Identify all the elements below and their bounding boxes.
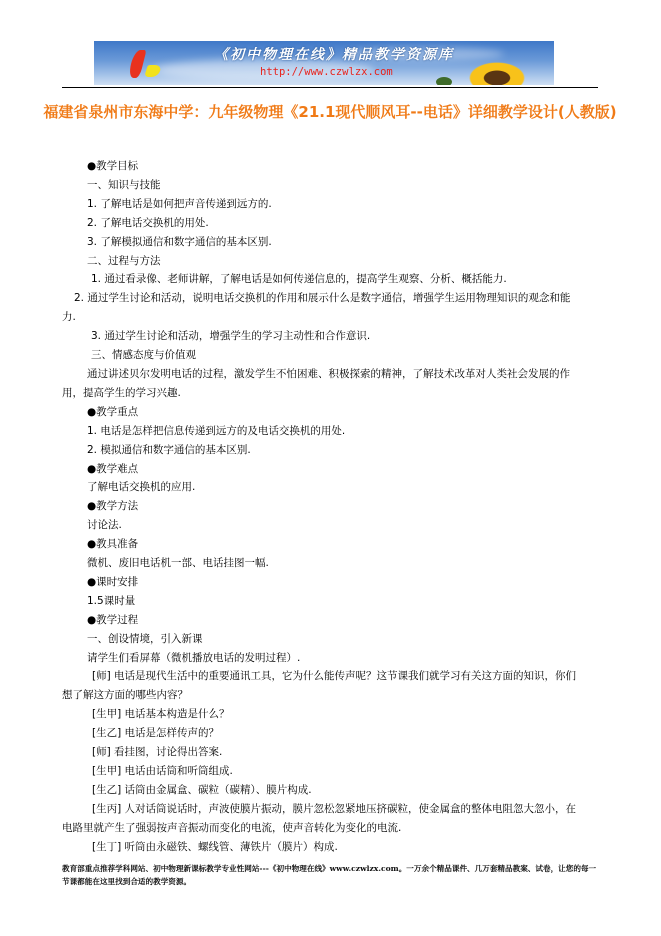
dialogue-line: [师] 电话是现代生活中的重要通讯工具，它为什么能传声呢？这节课我们就学习有关这… <box>62 667 584 705</box>
section-heading: ●教学过程 <box>62 611 584 630</box>
paragraph: 请学生们看屏幕（微机播放电话的发明过程）. <box>62 649 584 668</box>
section-heading: ●教学难点 <box>62 460 584 479</box>
banner-url: http://www.czwlzx.com <box>260 66 393 78</box>
dialogue-line: [生丁] 听筒由永磁铁、螺线管、薄铁片（膜片）构成. <box>62 838 584 857</box>
section-heading: ●教具准备 <box>62 535 584 554</box>
paragraph: 1.5课时量 <box>62 592 584 611</box>
dialogue-line: [生甲] 电话由话筒和听筒组成. <box>62 762 584 781</box>
document-title: 福建省泉州市东海中学：九年级物理《21.1现代顺风耳--电话》详细教学设计(人教… <box>30 94 630 131</box>
paragraph: 微机、废旧电话机一部、电话挂图一幅. <box>62 554 584 573</box>
leaf-decoration <box>436 77 452 85</box>
paragraph: 通过讲述贝尔发明电话的过程，激发学生不怕困难、积极探索的精神，了解技术改革对人类… <box>62 365 584 403</box>
dialogue-line: [生丙] 人对话筒说话时，声波使膜片振动，膜片忽松忽紧地压挤碳粒，使金属盒的整体… <box>62 800 584 838</box>
subsection-heading: 三、情感态度与价值观 <box>62 346 584 365</box>
header-divider <box>62 87 598 88</box>
section-heading: ●教学目标 <box>62 157 584 176</box>
paragraph: 讨论法. <box>62 516 584 535</box>
section-heading: ●教学重点 <box>62 403 584 422</box>
site-banner: 《初中物理在线》精品教学资源库 http://www.czwlzx.com <box>94 41 554 85</box>
list-item: 3. 通过学生讨论和活动，增强学生的学习主动性和合作意识. <box>62 327 584 346</box>
sunflower-icon <box>467 61 527 85</box>
document-body: ●教学目标 一、知识与技能 1. 了解电话是如何把声音传递到远方的. 2. 了解… <box>62 157 584 857</box>
list-item: 2. 模拟通信和数字通信的基本区别. <box>62 441 584 460</box>
dialogue-line: [生乙] 话筒由金属盒、碳粒（碳精）、膜片构成. <box>62 781 584 800</box>
list-item: 2. 通过学生讨论和活动，说明电话交换机的作用和展示什么是数字通信，增强学生运用… <box>62 289 584 327</box>
dialogue-line: [生乙] 电话是怎样传声的？ <box>62 724 584 743</box>
dialogue-line: [生甲] 电话基本构造是什么？ <box>62 705 584 724</box>
banner-title: 《初中物理在线》精品教学资源库 <box>214 44 474 64</box>
paragraph: 了解电话交换机的应用. <box>62 478 584 497</box>
logo-icon <box>128 50 147 78</box>
dialogue-line: [师] 看挂图，讨论得出答案. <box>62 743 584 762</box>
list-item: 1. 了解电话是如何把声音传递到远方的. <box>62 195 584 214</box>
section-heading: ●教学方法 <box>62 497 584 516</box>
subsection-heading: 一、创设情境，引入新课 <box>62 630 584 649</box>
subsection-heading: 二、过程与方法 <box>62 252 584 271</box>
subsection-heading: 一、知识与技能 <box>62 176 584 195</box>
logo-icon-accent <box>144 65 162 77</box>
page-footer: 教育部重点推荐学科网站、初中物理新课标教学专业性网站---《初中物理在线》www… <box>62 862 602 888</box>
list-item: 3. 了解模拟通信和数字通信的基本区别. <box>62 233 584 252</box>
list-item: 1. 电话是怎样把信息传递到远方的及电话交换机的用处. <box>62 422 584 441</box>
list-item: 1. 通过看录像、老师讲解，了解电话是如何传递信息的，提高学生观察、分析、概括能… <box>62 270 584 289</box>
list-item: 2. 了解电话交换机的用处. <box>62 214 584 233</box>
section-heading: ●课时安排 <box>62 573 584 592</box>
